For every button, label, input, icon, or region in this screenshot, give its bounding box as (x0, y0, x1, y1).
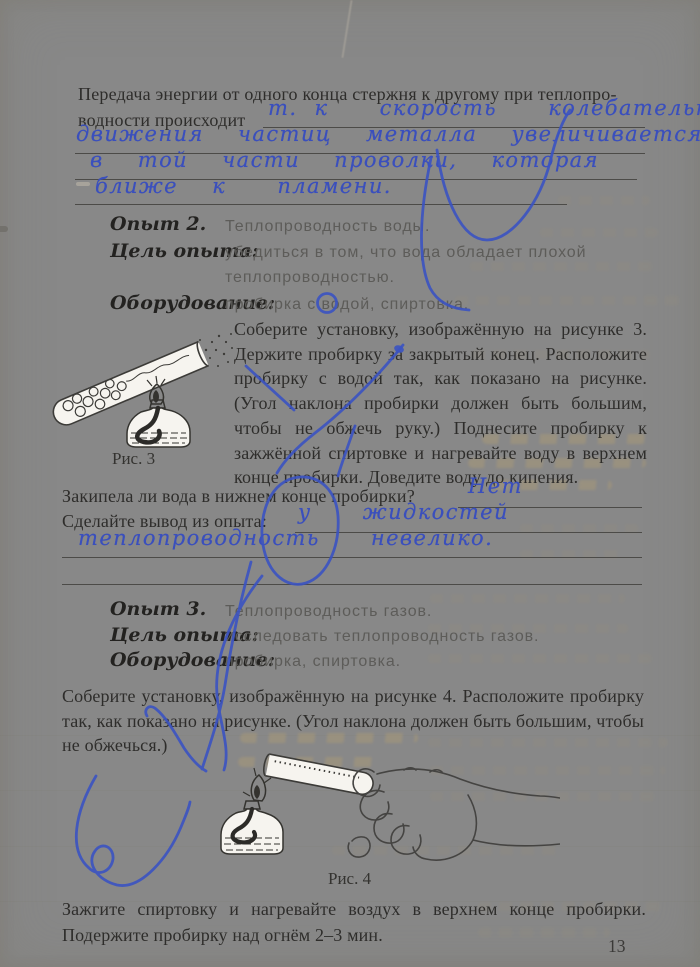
experiment-2-goal-line-1: убедиться в том, что вода обладает плохо… (225, 244, 586, 262)
handwritten-answer-line: движения частиц металла увеличивается (76, 122, 700, 146)
curled-finger (374, 814, 404, 843)
figure-3-caption: Рис. 3 (112, 449, 155, 469)
page-number: 13 (608, 936, 626, 957)
thumb (348, 837, 370, 857)
experiment-2-title: Теплопроводность воды. (225, 218, 430, 236)
figure-4 (168, 752, 560, 870)
experiment-2-instructions: Соберите установку, изображённую на рису… (234, 317, 647, 490)
answer-rule (62, 557, 642, 558)
test-tube (49, 341, 208, 428)
spirit-lamp (221, 768, 283, 854)
experiment-2-equipment: пробирка с водой, спиртовка. (225, 296, 469, 314)
bleed-through-smudge (470, 262, 655, 271)
bleed-through-smudge (430, 594, 625, 603)
handwritten-conclusion-line: у жидкостей (298, 500, 509, 524)
hand (348, 768, 560, 860)
edge-mark (0, 226, 8, 232)
handwritten-answer-line: ближе к пламени. (95, 174, 392, 198)
handwritten-answer-line: в той части проволки, которая (90, 148, 599, 172)
experiment-3-equipment: пробирка, спиртовка. (225, 653, 401, 671)
wrist-bottom (413, 840, 560, 860)
palm-edge (468, 795, 476, 840)
handwritten-answer: Нет (468, 474, 523, 498)
experiment-3-goal: исследовать теплопроводность газов. (225, 628, 539, 646)
paper-crease (341, 0, 352, 58)
answer-rule (62, 584, 642, 585)
curled-finger (391, 826, 421, 854)
figure-4-caption: Рис. 4 (328, 869, 371, 889)
experiment-3-title: Теплопроводность газов. (225, 603, 432, 621)
paper-speck (76, 182, 90, 186)
bleed-through-smudge (540, 228, 658, 237)
experiment-2-label: Опыт 2. (110, 213, 206, 235)
bleed-through-smudge (455, 296, 685, 305)
hand-back (377, 769, 560, 798)
final-paragraph: Зажгите спиртовку и нагревайте воздух в … (62, 897, 646, 948)
figure-3 (40, 324, 238, 448)
bleed-through-smudge (558, 196, 650, 205)
handwritten-answer-line: т. к скорость колебательного (268, 96, 700, 120)
experiment-3-label: Опыт 3. (110, 598, 206, 620)
flame-core (255, 786, 260, 798)
test-tube (262, 754, 375, 797)
experiment-3-setup: Соберите установку, изображённую на рису… (62, 684, 644, 758)
handwritten-conclusion-line: теплопроводность невелико. (78, 526, 493, 550)
bleed-through-smudge (428, 654, 653, 663)
workbook-page-photo: Передача энергии от одного конца стержня… (0, 0, 700, 967)
experiment-2-goal-line-2: теплопроводностью. (225, 269, 395, 287)
answer-rule (75, 204, 567, 205)
